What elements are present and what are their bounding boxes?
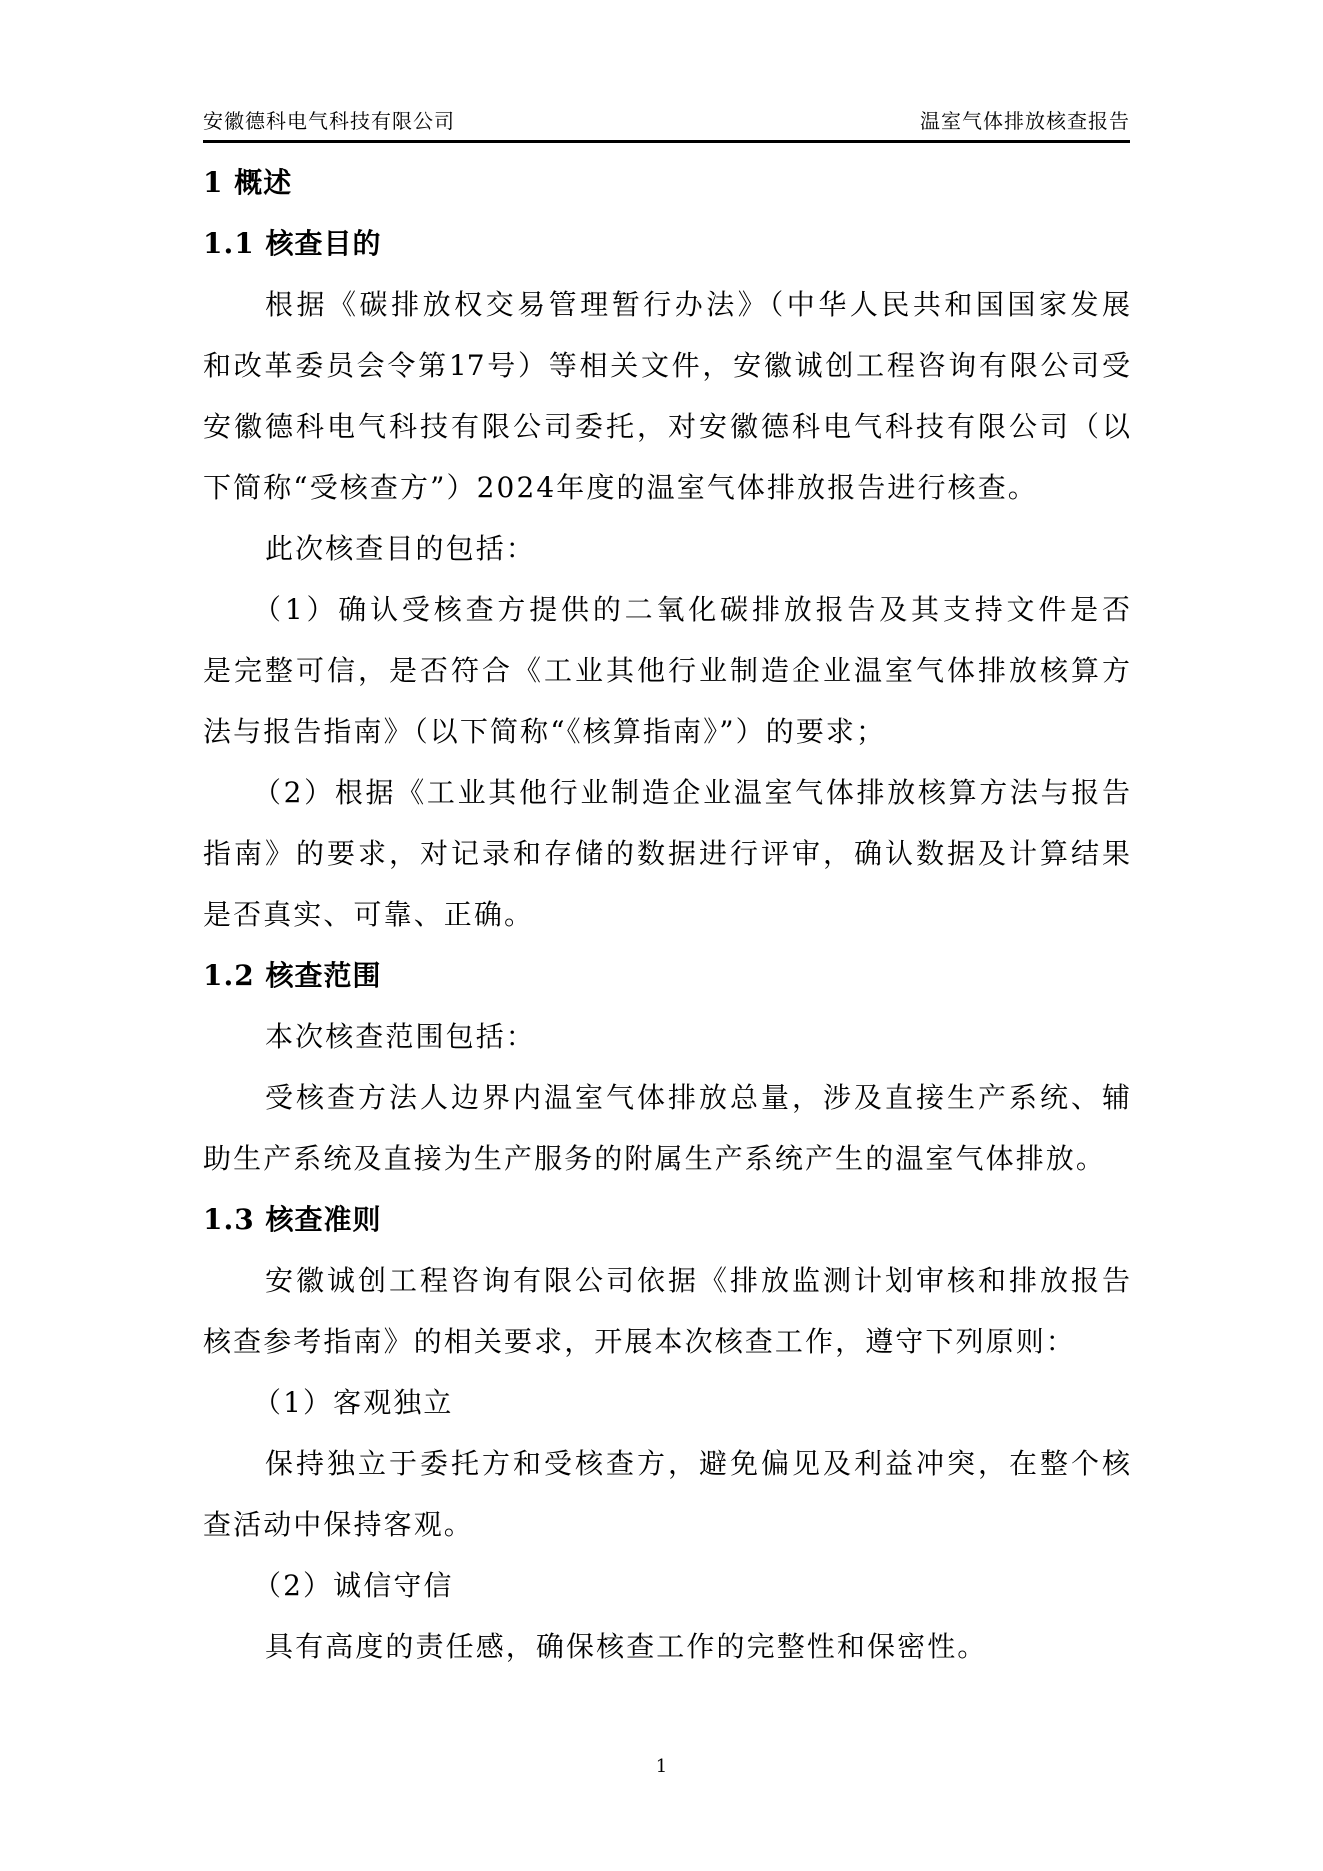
page-number: 1 xyxy=(0,1756,1323,1777)
text-line: （2）根据《工业其他行业制造企业温室气体排放核算方法与报告 xyxy=(203,762,1130,823)
text-line: 法与报告指南》（以下简称“《核算指南》”）的要求； xyxy=(203,701,1130,762)
text-line: 和改革委员会令第17号）等相关文件，安徽诚创工程咨询有限公司受 xyxy=(203,335,1130,396)
principle-1-body: 保持独立于委托方和受核查方，避免偏见及利益冲突，在整个核 查活动中保持客观。 xyxy=(203,1433,1130,1555)
text-line: 保持独立于委托方和受核查方，避免偏见及利益冲突，在整个核 xyxy=(203,1433,1130,1494)
criteria-paragraph: 安徽诚创工程咨询有限公司依据《排放监测计划审核和排放报告 核查参考指南》的相关要… xyxy=(203,1250,1130,1372)
header-report-title: 温室气体排放核查报告 xyxy=(920,105,1130,134)
text-line: 核查参考指南》的相关要求，开展本次核查工作，遵守下列原则： xyxy=(203,1311,1130,1372)
principle-2-title: （2）诚信守信 xyxy=(203,1555,1130,1616)
page-content: 1 概述 1.1 核查目的 根据《碳排放权交易管理暂行办法》（中华人民共和国国家… xyxy=(203,152,1130,1677)
text-line: 安徽德科电气科技有限公司委托，对安徽德科电气科技有限公司（以 xyxy=(203,396,1130,457)
text-line: 受核查方法人边界内温室气体排放总量，涉及直接生产系统、辅 xyxy=(203,1067,1130,1128)
purpose-item-2: （2）根据《工业其他行业制造企业温室气体排放核算方法与报告 指南》的要求，对记录… xyxy=(203,762,1130,945)
text-line: 下简称“受核查方”）2024年度的温室气体排放报告进行核查。 xyxy=(203,457,1130,518)
text-line: 是完整可信，是否符合《工业其他行业制造企业温室气体排放核算方 xyxy=(203,640,1130,701)
principle-2-body: 具有高度的责任感，确保核查工作的完整性和保密性。 xyxy=(203,1616,1130,1677)
text-line: 是否真实、可靠、正确。 xyxy=(203,884,1130,945)
text-line: 指南》的要求，对记录和存储的数据进行评审，确认数据及计算结果 xyxy=(203,823,1130,884)
scope-paragraph: 受核查方法人边界内温室气体排放总量，涉及直接生产系统、辅 助生产系统及直接为生产… xyxy=(203,1067,1130,1189)
section-1-1-heading: 1.1 核查目的 xyxy=(203,213,1130,274)
text-line: 查活动中保持客观。 xyxy=(203,1494,1130,1555)
text-line: 助生产系统及直接为生产服务的附属生产系统产生的温室气体排放。 xyxy=(203,1128,1130,1189)
purpose-intro: 此次核查目的包括： xyxy=(203,518,1130,579)
text-line: （1）确认受核查方提供的二氧化碳排放报告及其支持文件是否 xyxy=(203,579,1130,640)
section-1-2-heading: 1.2 核查范围 xyxy=(203,945,1130,1006)
text-line: 安徽诚创工程咨询有限公司依据《排放监测计划审核和排放报告 xyxy=(203,1250,1130,1311)
section-1-heading: 1 概述 xyxy=(203,152,1130,213)
section-1-3-heading: 1.3 核查准则 xyxy=(203,1189,1130,1250)
purpose-item-1: （1）确认受核查方提供的二氧化碳排放报告及其支持文件是否 是完整可信，是否符合《… xyxy=(203,579,1130,762)
scope-intro: 本次核查范围包括： xyxy=(203,1006,1130,1067)
text-line: 根据《碳排放权交易管理暂行办法》（中华人民共和国国家发展 xyxy=(203,274,1130,335)
principle-1-title: （1）客观独立 xyxy=(203,1372,1130,1433)
header-company-name: 安徽德科电气科技有限公司 xyxy=(203,105,455,134)
page-header: 安徽德科电气科技有限公司 温室气体排放核查报告 xyxy=(203,106,1130,143)
purpose-paragraph: 根据《碳排放权交易管理暂行办法》（中华人民共和国国家发展 和改革委员会令第17号… xyxy=(203,274,1130,518)
